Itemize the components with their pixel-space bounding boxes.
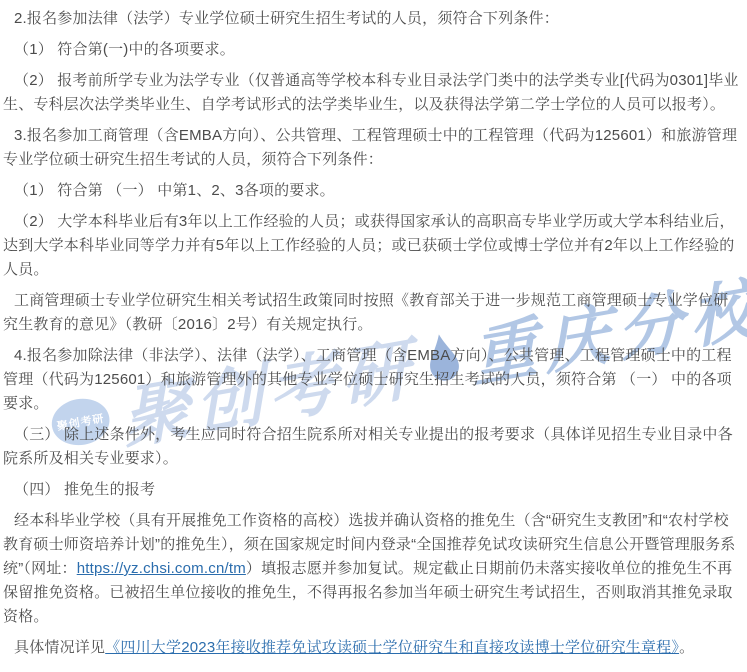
text-segment: （1） 符合第(一)中的各项要求。 — [14, 41, 235, 58]
text-segment: （四） 推免生的报考 — [14, 481, 155, 498]
text-segment: 具体情况详见 — [14, 639, 105, 656]
scu-charter-link[interactable]: 《四川大学2023年接收推荐免试攻读硕士学位研究生和直接攻读博士学位研究生章程》 — [105, 639, 679, 656]
para-law-legal: 2.报名参加法律（法学）专业学位硕士研究生招生考试的人员，须符合下列条件： — [3, 7, 743, 31]
text-segment: 工商管理硕士专业学位研究生相关考试招生政策同时按照《教育部关于进一步规范工商管理… — [3, 292, 728, 333]
para-tuimian-link: 具体情况详见《四川大学2023年接收推荐免试攻读硕士学位研究生和直接攻读博士学位… — [3, 636, 743, 660]
text-segment: （三） 除上述条件外，考生应同时符合招生院系所对相关专业提出的报考要求（具体详见… — [3, 426, 733, 467]
text-segment: 2.报名参加法律（法学）专业学位硕士研究生招生考试的人员，须符合下列条件： — [14, 10, 559, 27]
para-other-majors: 4.报名参加除法律（非法学）、法律（法学）、工商管理（含EMBA方向）、公共管理… — [3, 344, 743, 416]
chsi-url-link[interactable]: https://yz.chsi.com.cn/tm — [77, 560, 246, 577]
para-management-item1: （1） 符合第 （一） 中第1、2、3各项的要求。 — [3, 179, 743, 203]
text-segment: 。 — [679, 639, 694, 656]
para-management: 3.报名参加工商管理（含EMBA方向）、公共管理、工程管理硕士中的工程管理（代码… — [3, 124, 743, 172]
para-mba-policy: 工商管理硕士专业学位研究生相关考试招生政策同时按照《教育部关于进一步规范工商管理… — [3, 289, 743, 337]
para-section-four-title: （四） 推免生的报考 — [3, 478, 743, 502]
text-segment: （2） 大学本科毕业后有3年以上工作经验的人员；或获得国家承认的高职高专毕业学历… — [3, 213, 735, 278]
para-law-legal-item2: （2） 报考前所学专业为法学专业（仅普通高等学校本科专业目录法学门类中的法学类专… — [3, 69, 743, 117]
para-section-three: （三） 除上述条件外，考生应同时符合招生院系所对相关专业提出的报考要求（具体详见… — [3, 423, 743, 471]
text-segment: 4.报名参加除法律（非法学）、法律（法学）、工商管理（含EMBA方向）、公共管理… — [3, 347, 732, 412]
text-segment: 3.报名参加工商管理（含EMBA方向）、公共管理、工程管理硕士中的工程管理（代码… — [3, 127, 737, 168]
text-segment: （1） 符合第 （一） 中第1、2、3各项的要求。 — [14, 182, 335, 199]
para-law-legal-item1: （1） 符合第(一)中的各项要求。 — [3, 38, 743, 62]
para-tuimian-detail: 经本科毕业学校（具有开展推免工作资格的高校）选拔并确认资格的推免生（含“研究生支… — [3, 509, 743, 629]
para-management-item2: （2） 大学本科毕业后有3年以上工作经验的人员；或获得国家承认的高职高专毕业学历… — [3, 210, 743, 282]
document-body: 2.报名参加法律（法学）专业学位硕士研究生招生考试的人员，须符合下列条件：（1）… — [0, 0, 747, 660]
text-segment: （2） 报考前所学专业为法学专业（仅普通高等学校本科专业目录法学门类中的法学类专… — [3, 72, 739, 113]
